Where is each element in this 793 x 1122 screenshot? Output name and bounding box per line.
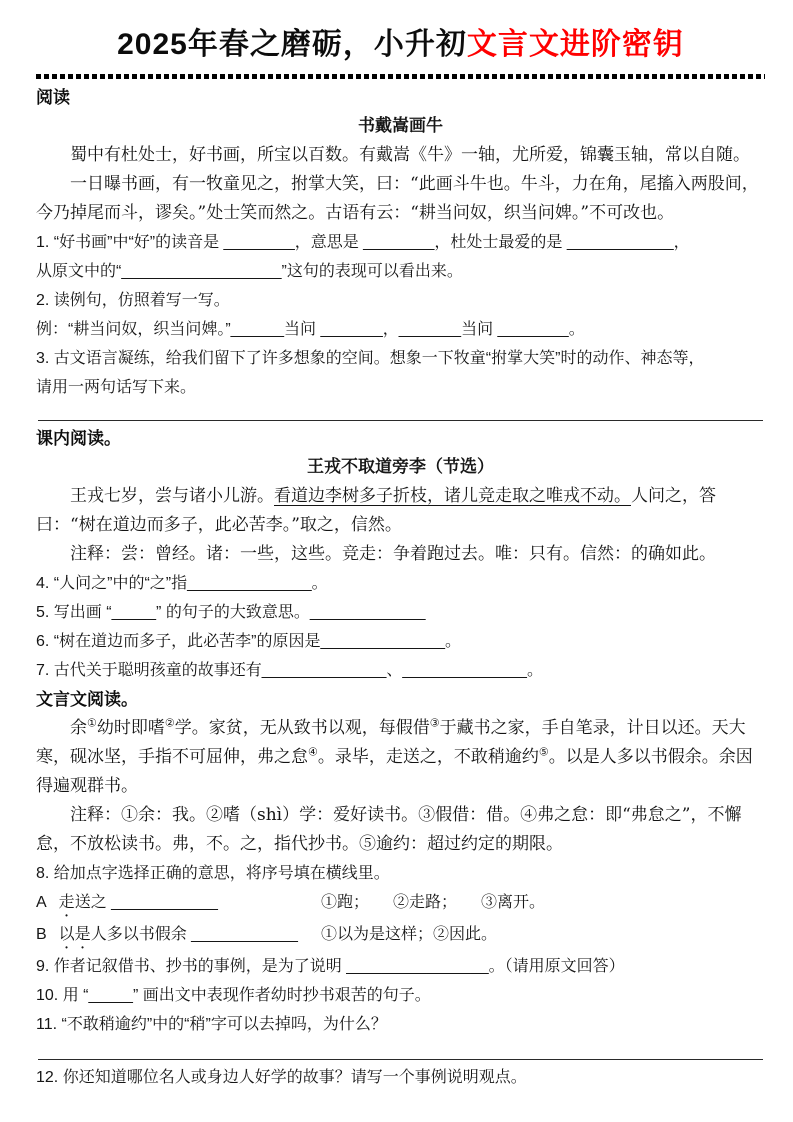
footnote-marker-5: ⑤ (539, 745, 549, 758)
question-3-line2: 请用一两句话写下来。 (36, 373, 765, 402)
passage3-paragraph: 余①幼时即嗜②学。家贫，无从致书以观，每假借③于藏书之家，手自笔录，计日以还。天… (36, 714, 765, 801)
passage1-paragraph-1: 蜀中有杜处士，好书画，所宝以百数。有戴嵩《牛》一轴，尤所爱，锦囊玉轴，常以自随。 (36, 141, 765, 170)
passage3-text: 。录毕，走送之，不敢稍逾约 (318, 747, 539, 767)
question-8b-choices: ①以为是这样；②因此。 (321, 926, 497, 943)
passage3-notes: 注释：①余：我。②嗜（shì）学：爱好读书。③假借：借。④弗之怠：即“弗怠之”，… (36, 801, 765, 859)
passage1-title: 书戴嵩画牛 (36, 112, 765, 141)
footnote-marker-1: ① (87, 716, 97, 729)
question-8-option-a: A走送之 ____________①跑； ②走路； ③离开。 (36, 888, 765, 920)
passage2-pre-text: 王戎七岁，尝与诸小儿游。 (70, 486, 274, 506)
question-4: 4. “人问之”中的“之”指______________。 (36, 569, 765, 598)
passage2-title: 王戎不取道旁李（节选） (36, 453, 765, 482)
footnote-marker-2: ② (165, 716, 175, 729)
question-8a-stem-rest: 送之 (75, 894, 107, 911)
question-8-option-b: B以是人多以书假余 ____________①以为是这样；②因此。 (36, 920, 765, 952)
question-8a-choices: ①跑； ②走路； ③离开。 (321, 894, 545, 911)
question-5: 5. 写出画 “_____” 的句子的大致意思。_____________ (36, 598, 765, 627)
section-reading: 阅读 书戴嵩画牛 蜀中有杜处士，好书画，所宝以百数。有戴嵩《牛》一轴，尤所爱，锦… (36, 83, 765, 421)
question-8a-blank: ____________ (107, 894, 218, 911)
question-3-line1: 3. 古文语言凝练，给我们留下了许多想象的空间。想象一下牧童“拊掌大笑”时的动作… (36, 344, 765, 373)
page-title-red: 文言文进阶密钥 (467, 28, 684, 61)
section-classical-reading: 文言文阅读。 余①幼时即嗜②学。家贫，无从致书以观，每假借③于藏书之家，手自笔录… (36, 685, 765, 1092)
section-reading-header: 阅读 (36, 83, 765, 112)
question-8b-stem: B以是人多以书假余 ____________ (36, 920, 321, 952)
question-8a-stem: A走送之 ____________ (36, 888, 321, 920)
question-6: 6. “树在道边而多子，此必苦李”的原因是______________。 (36, 627, 765, 656)
question-1-line2: 从原文中的“__________________”这句的表现可以看出来。 (36, 257, 765, 286)
passage1-paragraph-2: 一日曝书画，有一牧童见之，拊掌大笑，曰：“此画斗牛也。牛斗，力在角，尾搐入两股间… (36, 170, 765, 228)
question-9: 9. 作者记叙借书、抄书的事例，是为了说明 ________________。（… (36, 952, 765, 981)
footnote-marker-3: ③ (430, 716, 440, 729)
passage2-paragraph: 王戎七岁，尝与诸小儿游。看道边李树多子折枝，诸儿竞走取之唯戎不动。人问之，答曰：… (36, 482, 765, 540)
question-7: 7. 古代关于聪明孩童的故事还有______________、_________… (36, 656, 765, 685)
question-2: 2. 读例句，仿照着写一写。 (36, 286, 765, 315)
passage2-underlined-sentence: 看道边李树多子折枝，诸儿竞走取之唯戎不动。 (274, 486, 631, 506)
page-title-black: 2025年春之磨砺，小升初 (117, 28, 467, 61)
question-8: 8. 给加点字选择正确的意思，将序号填在横线里。 (36, 859, 765, 888)
answer-writing-line (38, 1059, 763, 1060)
question-8b-blank: ____________ (187, 926, 298, 943)
section-in-class-reading: 课内阅读。 王戎不取道旁李（节选） 王戎七岁，尝与诸小儿游。看道边李树多子折枝，… (36, 424, 765, 685)
question-8b-stem-rest: 人多以书假余 (91, 926, 187, 943)
question-11: 11. “不敢稍逾约”中的“稍”字可以去掉吗，为什么？ (36, 1010, 765, 1039)
question-12: 12. 你还知道哪位名人或身边人好学的故事？请写一个事例说明观点。 (36, 1063, 765, 1092)
worksheet-page: 2025年春之磨砺，小升初文言文进阶密钥 阅读 书戴嵩画牛 蜀中有杜处士，好书画… (0, 26, 793, 1092)
section-in-class-header: 课内阅读。 (36, 424, 765, 453)
question-8a-dotted-char: 走 (59, 894, 75, 911)
dotted-divider (36, 74, 765, 79)
question-8a-label: A (36, 888, 47, 917)
question-1-line1: 1. “好书画”中“好”的读音是 ________，意思是 ________，杜… (36, 228, 765, 257)
question-2-example: 例：“耕当问奴，织当问婢。”______当问 _______，_______当问… (36, 315, 765, 344)
footnote-marker-4: ④ (308, 745, 318, 758)
page-title: 2025年春之磨砺，小升初文言文进阶密钥 (36, 26, 765, 64)
passage3-text: 学。家贫，无从致书以观，每假借 (175, 718, 430, 738)
passage3-text: 幼时即嗜 (97, 718, 165, 738)
question-10: 10. 用 “_____” 画出文中表现作者幼时抄书艰苦的句子。 (36, 981, 765, 1010)
answer-writing-line (38, 420, 763, 421)
question-8b-dotted-chars: 以是 (59, 926, 91, 943)
question-8b-label: B (36, 920, 47, 949)
passage3-text: 余 (70, 718, 87, 738)
section-classical-header: 文言文阅读。 (36, 685, 765, 714)
passage2-notes: 注释：尝：曾经。诸：一些，这些。竞走：争着跑过去。唯：只有。信然：的确如此。 (36, 540, 765, 569)
